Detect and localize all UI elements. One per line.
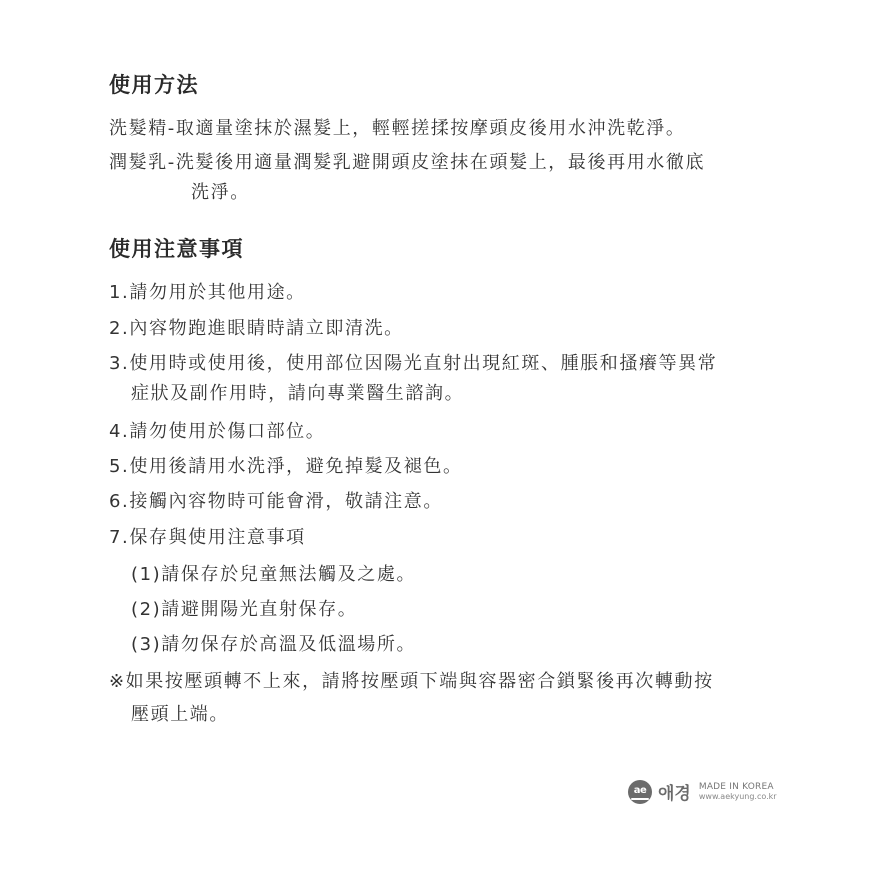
storage-item-3: (3)請勿保存於高溫及低溫場所。 <box>109 634 416 656</box>
aekyung-logo-icon: ae <box>628 780 652 804</box>
aekyung-logo: ae 애경 MADE IN KOREA www.aekyung.co.kr <box>628 779 777 804</box>
precaution-item-1: 1.請勿用於其他用途。 <box>109 282 306 304</box>
precaution-item-4: 4.請勿使用於傷口部位。 <box>109 421 325 443</box>
precaution-item-7: 7.保存與使用注意事項 <box>109 527 306 549</box>
precautions-title: 使用注意事項 <box>109 232 244 266</box>
pump-note-line2: 壓頭上端。 <box>109 704 229 726</box>
made-in-korea-label: MADE IN KOREA <box>699 782 777 792</box>
usage-heading: 使用方法 <box>109 68 199 102</box>
storage-item-1: (1)請保存於兒童無法觸及之處。 <box>109 564 416 586</box>
brand-name-korean: 애경 <box>658 779 691 804</box>
conditioner-instruction-line2: 洗淨。 <box>109 182 250 204</box>
shampoo-instruction: 洗髮精-取適量塗抹於濕髮上，輕輕搓揉按摩頭皮後用水沖洗乾淨。 <box>109 118 686 140</box>
website-url: www.aekyung.co.kr <box>699 792 777 802</box>
precaution-item-3-line2: 症狀及副作用時，請向專業醫生諮詢。 <box>109 383 464 405</box>
usage-title: 使用方法 <box>109 68 199 102</box>
precaution-item-6: 6.接觸內容物時可能會滑，敬請注意。 <box>109 491 443 513</box>
storage-item-2: (2)請避開陽光直射保存。 <box>109 599 357 621</box>
precaution-item-3-line1: 3.使用時或使用後，使用部位因陽光直射出現紅斑、腫脹和搔癢等異常 <box>109 353 717 375</box>
precaution-item-5: 5.使用後請用水洗淨，避免掉髮及褪色。 <box>109 456 463 478</box>
precautions-heading: 使用注意事項 <box>109 232 244 266</box>
logo-mark-text: ae <box>634 785 647 796</box>
conditioner-instruction-line1: 潤髮乳-洗髮後用適量潤髮乳避開頭皮塗抹在頭髮上，最後再用水徹底 <box>109 152 705 174</box>
pump-note-line1: ※如果按壓頭轉不上來，請將按壓頭下端與容器密合鎖緊後再次轉動按 <box>109 671 714 693</box>
precaution-item-2: 2.內容物跑進眼睛時請立即清洗。 <box>109 318 404 340</box>
logo-info: MADE IN KOREA www.aekyung.co.kr <box>699 782 777 802</box>
